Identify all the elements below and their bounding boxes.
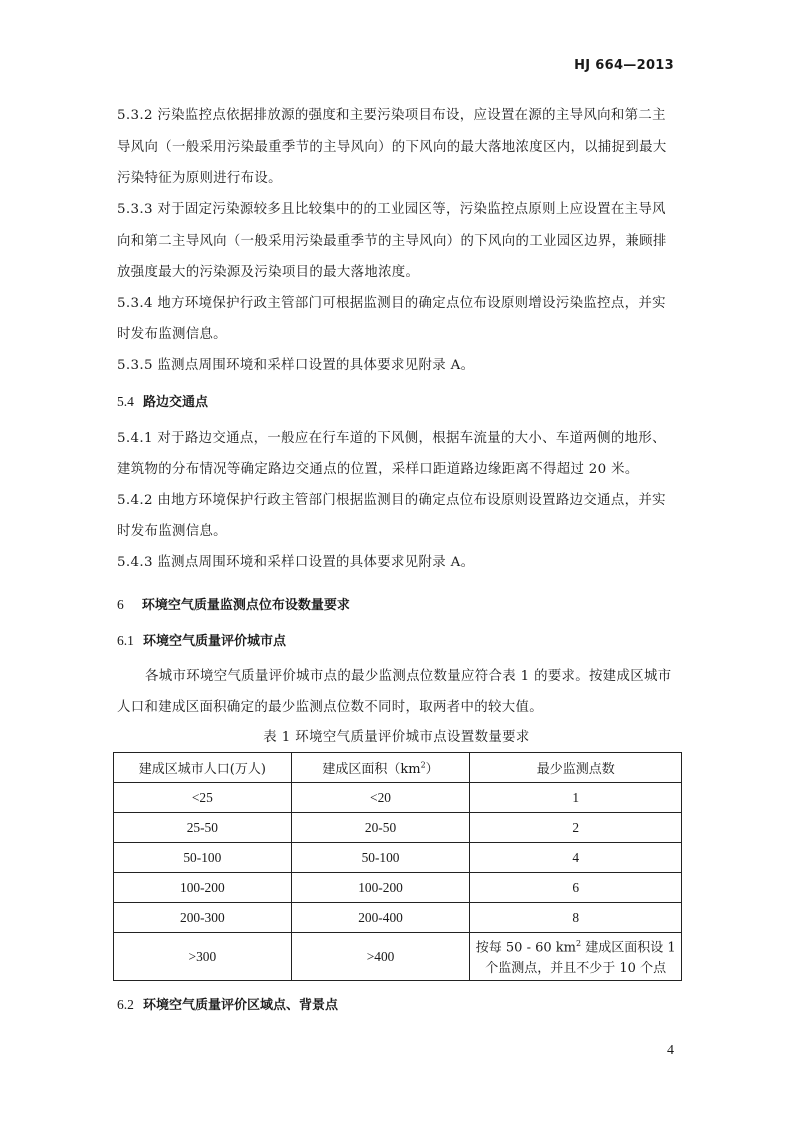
section-title: 环境空气质量评价区域点、背景点 bbox=[143, 998, 338, 1013]
cell-min-points: 2 bbox=[470, 813, 682, 843]
table-row: 100-200 100-200 6 bbox=[114, 873, 682, 903]
cell-population: >300 bbox=[114, 933, 292, 981]
clause-5-3-5: 5.3.5 监测点周围环境和采样口设置的具体要求见附录 A。 bbox=[117, 354, 677, 373]
section-6-1-paragraph-line-1: 各城市环境空气质量评价城市点的最少监测点位数量应符合表 1 的要求。按建成区城市 bbox=[145, 665, 705, 684]
cell-min-points: 6 bbox=[470, 873, 682, 903]
cell-population: 200-300 bbox=[114, 903, 292, 933]
section-title: 环境空气质量评价城市点 bbox=[143, 634, 286, 649]
header-population: 建成区城市人口(万人) bbox=[114, 753, 292, 783]
clause-5-3-4-line-2: 时发布监测信息。 bbox=[117, 323, 677, 342]
cell-area: 20-50 bbox=[291, 813, 470, 843]
section-number: 6 bbox=[117, 597, 124, 612]
table-1: 建成区城市人口(万人) 建成区面积（km2） 最少监测点数 <25 <20 1 … bbox=[113, 752, 682, 981]
clause-5-3-3-line-2: 向和第二主导风向（一般采用污染最重季节的主导风向）的下风向的工业园区边界，兼顾排 bbox=[117, 230, 677, 249]
section-6-2-heading: 6.2 环境空气质量评价区域点、背景点 bbox=[117, 994, 338, 1013]
cell-area: >400 bbox=[291, 933, 470, 981]
section-number: 5.4 bbox=[117, 394, 134, 409]
clause-5-4-2-line-2: 时发布监测信息。 bbox=[117, 520, 677, 539]
section-6-heading: 6 环境空气质量监测点位布设数量要求 bbox=[117, 594, 350, 613]
header-area: 建成区面积（km2） bbox=[291, 753, 470, 783]
cell-text: 建成区面积设 1 bbox=[581, 941, 676, 956]
section-title: 路边交通点 bbox=[143, 395, 208, 410]
cell-min-points: 8 bbox=[470, 903, 682, 933]
cell-min-points: 1 bbox=[470, 783, 682, 813]
cell-population: 25-50 bbox=[114, 813, 292, 843]
section-6-1-heading: 6.1 环境空气质量评价城市点 bbox=[117, 630, 286, 649]
clause-5-4-3: 5.4.3 监测点周围环境和采样口设置的具体要求见附录 A。 bbox=[117, 551, 677, 570]
cell-population: 50-100 bbox=[114, 843, 292, 873]
cell-population: <25 bbox=[114, 783, 292, 813]
section-5-4-heading: 5.4 路边交通点 bbox=[117, 391, 208, 410]
clause-5-3-3-line-3: 放强度最大的污染源及污染项目的最大落地浓度。 bbox=[117, 261, 677, 280]
table-row: 25-50 20-50 2 bbox=[114, 813, 682, 843]
table-1-caption: 表 1 环境空气质量评价城市点设置数量要求 bbox=[0, 726, 793, 745]
clause-5-3-3-line-1: 5.3.3 对于固定污染源较多且比较集中的的工业园区等，污染监控点原则上应设置在… bbox=[117, 198, 677, 217]
cell-population: 100-200 bbox=[114, 873, 292, 903]
section-title: 环境空气质量监测点位布设数量要求 bbox=[142, 598, 350, 613]
clause-5-3-2-line-2: 导风向（一般采用污染最重季节的主导风向）的下风向的最大落地浓度区内，以捕捉到最大 bbox=[117, 136, 677, 155]
section-number: 6.2 bbox=[117, 997, 134, 1012]
cell-area: <20 bbox=[291, 783, 470, 813]
cell-area: 100-200 bbox=[291, 873, 470, 903]
clause-5-3-2-line-1: 5.3.2 污染监控点依据排放源的强度和主要污染项目布设，应设置在源的主导风向和… bbox=[117, 104, 677, 123]
cell-min-points: 按每 50 - 60 km2 建成区面积设 1 个监测点，并且不少于 10 个点 bbox=[470, 933, 682, 981]
cell-area: 50-100 bbox=[291, 843, 470, 873]
header-area-text: 建成区面积（km bbox=[322, 762, 420, 777]
section-number: 6.1 bbox=[117, 633, 134, 648]
document-code: HJ 664—2013 bbox=[574, 58, 674, 73]
clause-5-4-2-line-1: 5.4.2 由地方环境保护行政主管部门根据监测目的确定点位布设原则设置路边交通点… bbox=[117, 489, 677, 508]
header-area-suffix: ） bbox=[426, 762, 439, 777]
section-6-1-paragraph-line-2: 人口和建成区面积确定的最少监测点位数不同时，取两者中的较大值。 bbox=[117, 696, 677, 715]
cell-text: 按每 50 - 60 km bbox=[476, 941, 576, 956]
table-header-row: 建成区城市人口(万人) 建成区面积（km2） 最少监测点数 bbox=[114, 753, 682, 783]
clause-5-4-1-line-1: 5.4.1 对于路边交通点，一般应在行车道的下风侧，根据车流量的大小、车道两侧的… bbox=[117, 427, 677, 446]
table-row: 50-100 50-100 4 bbox=[114, 843, 682, 873]
table-row: <25 <20 1 bbox=[114, 783, 682, 813]
cell-min-points: 4 bbox=[470, 843, 682, 873]
clause-5-3-4-line-1: 5.3.4 地方环境保护行政主管部门可根据监测目的确定点位布设原则增设污染监控点… bbox=[117, 292, 677, 311]
table-row: 200-300 200-400 8 bbox=[114, 903, 682, 933]
header-min-points: 最少监测点数 bbox=[470, 753, 682, 783]
cell-line-1: 按每 50 - 60 km2 建成区面积设 1 bbox=[470, 934, 681, 958]
table-row: >300 >400 按每 50 - 60 km2 建成区面积设 1 个监测点，并… bbox=[114, 933, 682, 981]
clause-5-3-2-line-3: 污染特征为原则进行布设。 bbox=[117, 167, 677, 186]
page-number: 4 bbox=[667, 1043, 674, 1059]
clause-5-4-1-line-2: 建筑物的分布情况等确定路边交通点的位置，采样口距道路边缘距离不得超过 20 米。 bbox=[117, 458, 677, 477]
cell-line-2: 个监测点，并且不少于 10 个点 bbox=[470, 959, 681, 979]
cell-area: 200-400 bbox=[291, 903, 470, 933]
